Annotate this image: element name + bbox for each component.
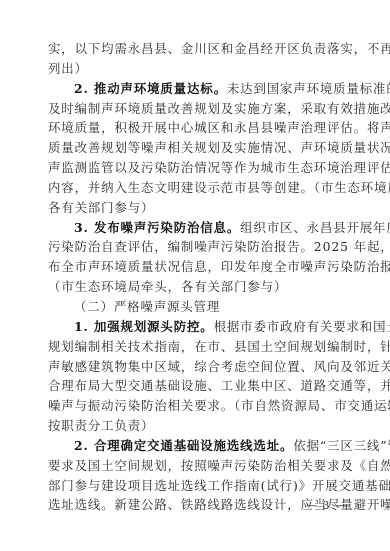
- paragraph-line: （市生态环境局牵头，各有关部门参与）: [48, 277, 338, 297]
- paragraph-line: 实，以下均需永昌县、金川区和金昌经开区负责落实，不再一一: [48, 39, 338, 59]
- paragraph-line: 及时编制声环境质量改善规划及实施方案，采取有效措施改善声: [48, 99, 338, 119]
- paragraph-line: 污染防治自查评估，编制噪声污染防治报告。2025 年起，定期发: [48, 237, 338, 257]
- line-text: 根据市委市政府有关要求和国土空间: [214, 319, 390, 334]
- document-page: 实，以下均需永昌县、金川区和金昌经开区负责落实，不再一一 列出） 2. 推动声环…: [0, 0, 390, 551]
- line-text: 布全市声环境质量状况信息，印发年度全市噪声污染防治报告。: [48, 259, 390, 274]
- paragraph-line: 选址选线。新建公路、铁路线路选线设计，应当尽量避开噪声敏: [48, 495, 338, 515]
- line-text: 及时编制声环境质量改善规划及实施方案，采取有效措施改善声: [48, 101, 390, 116]
- line-text: 按职责分工负责）: [48, 418, 154, 433]
- item-heading: 1. 加强规划源头防控。: [74, 319, 214, 334]
- item-heading: 3. 发布噪声污染防治信息。: [74, 220, 240, 235]
- line-text: 规划编制相关技术指南，在市、县国土空间规划编制时，针对噪: [48, 339, 390, 354]
- paragraph-line: 合理布局大型交通基础设施、工业集中区、道路交通等，并落实: [48, 376, 338, 396]
- paragraph-line: 内容，并纳入生态文明建设示范市县等创建。（市生态环境局牵头，: [48, 178, 338, 198]
- paragraph-line: 声监测监管以及污染防治情况等作为城市生态环境治理评估重要: [48, 158, 338, 178]
- line-text: 部门参与建设项目选址选线工作指南(试行)》开展交通基础设施: [48, 478, 390, 493]
- line-text: 污染防治自查评估，编制噪声污染防治报告。2025 年起，定期发: [48, 239, 390, 254]
- line-text: 合理布局大型交通基础设施、工业集中区、道路交通等，并落实: [48, 378, 390, 393]
- line-text: 噪声与振动污染防治相关要求。（市自然资源局、市交通运输局等: [48, 398, 390, 413]
- paragraph-line: 质量改善规划等噪声相关规划及实施情况、声环境质量状况、噪: [48, 138, 338, 158]
- paragraph-line: 按职责分工负责）: [48, 416, 338, 436]
- line-text: 质量改善规划等噪声相关规划及实施情况、声环境质量状况、噪: [48, 140, 390, 155]
- paragraph-heading-line: 2. 合理确定交通基础设施选线选址。依据“三区三线”管控: [48, 436, 338, 456]
- paragraph-heading-line: 1. 加强规划源头防控。根据市委市政府有关要求和国土空间: [48, 317, 338, 337]
- line-text: 内容，并纳入生态文明建设示范市县等创建。（市生态环境局牵头，: [48, 180, 390, 195]
- page-number: — 3 —: [306, 499, 347, 512]
- paragraph-line: 要求及国土空间规划，按照噪声污染防治相关要求及《自然资源: [48, 456, 338, 476]
- line-text: 各有关部门参与）: [48, 200, 154, 215]
- item-heading: 2. 合理确定交通基础设施选线选址。: [74, 438, 293, 453]
- line-text: 要求及国土空间规划，按照噪声污染防治相关要求及《自然资源: [48, 458, 390, 473]
- paragraph-line: 列出）: [48, 59, 338, 79]
- document-body: 实，以下均需永昌县、金川区和金昌经开区负责落实，不再一一 列出） 2. 推动声环…: [48, 39, 338, 515]
- paragraph-heading-line: 3. 发布噪声污染防治信息。组织市区、永昌县开展年度噪声: [48, 218, 338, 238]
- line-text: 组织市区、永昌县开展年度噪声: [240, 220, 390, 235]
- paragraph-line: 各有关部门参与）: [48, 198, 338, 218]
- paragraph-line: 声敏感建筑物集中区域，综合考虑空间位置、风向及邻近关系，: [48, 357, 338, 377]
- line-text: 未达到国家声环境质量标准的区域: [227, 81, 390, 96]
- paragraph-line: 部门参与建设项目选址选线工作指南(试行)》开展交通基础设施: [48, 476, 338, 496]
- paragraph-line: 噪声与振动污染防治相关要求。（市自然资源局、市交通运输局等: [48, 396, 338, 416]
- line-text: 依据“三区三线”管控: [293, 438, 390, 453]
- line-text: 实，以下均需永昌县、金川区和金昌经开区负责落实，不再一一: [48, 41, 390, 56]
- line-text: 环境质量，积极开展中心城区和永昌县噪声治理评估。将声环境: [48, 120, 390, 135]
- paragraph-line: 环境质量，积极开展中心城区和永昌县噪声治理评估。将声环境: [48, 118, 338, 138]
- section-heading: （二）严格噪声源头管理: [48, 297, 338, 317]
- line-text: 列出）: [48, 61, 88, 76]
- paragraph-heading-line: 2. 推动声环境质量达标。未达到国家声环境质量标准的区域: [48, 79, 338, 99]
- paragraph-line: 规划编制相关技术指南，在市、县国土空间规划编制时，针对噪: [48, 337, 338, 357]
- line-text: 声监测监管以及污染防治情况等作为城市生态环境治理评估重要: [48, 160, 390, 175]
- line-text: （市生态环境局牵头，各有关部门参与）: [48, 279, 287, 294]
- line-text: 声敏感建筑物集中区域，综合考虑空间位置、风向及邻近关系，: [48, 359, 390, 374]
- item-heading: 2. 推动声环境质量达标。: [74, 81, 227, 96]
- section-title: （二）严格噪声源头管理: [74, 299, 220, 314]
- paragraph-line: 布全市声环境质量状况信息，印发年度全市噪声污染防治报告。: [48, 257, 338, 277]
